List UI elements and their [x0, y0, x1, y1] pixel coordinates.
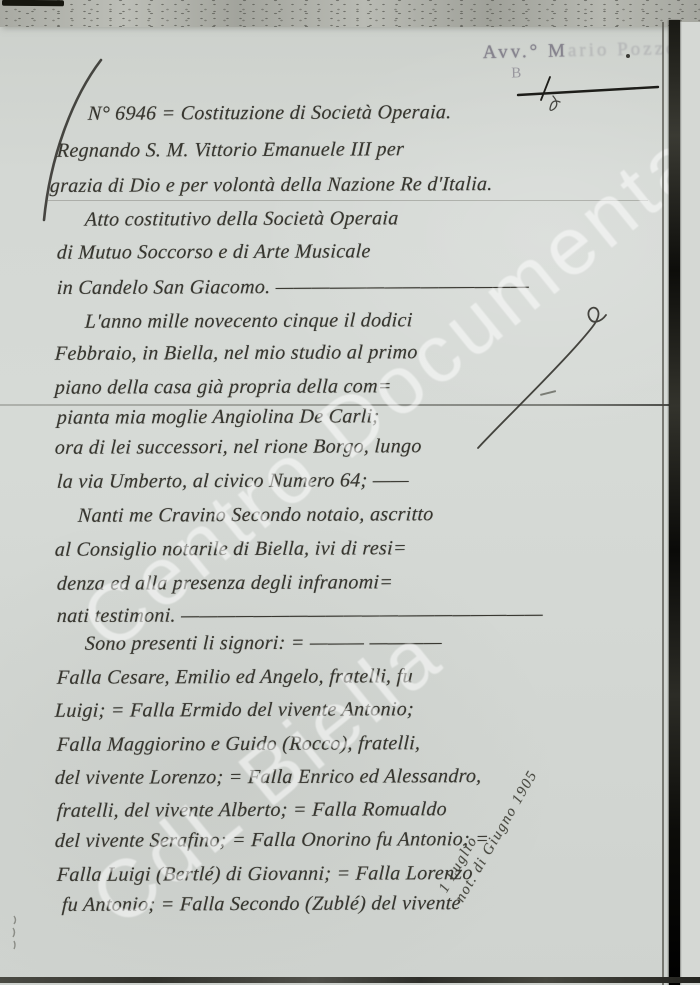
scan-noise-band — [0, 0, 700, 27]
manuscript-line: di Mutuo Soccorso e di Arte Musicale — [56, 238, 371, 265]
manuscript-line: fu Antonio; = Falla Secondo (Zublé) del … — [61, 890, 461, 918]
manuscript-line: la via Umberto, al civico Numero 64; —— — [56, 467, 409, 495]
manuscript-line: N° 6946 = Costituzione di Società Operai… — [87, 99, 452, 127]
ink-dot — [626, 54, 630, 58]
manuscript-line: Febbraio, in Biella, nel mio studio al p… — [54, 339, 418, 367]
manuscript-line: Falla Cesare, Emilio ed Angelo, fratelli… — [56, 663, 413, 691]
manuscript-line: Luigi; = Falla Ermido del vivente Antoni… — [54, 696, 414, 724]
manuscript-line: Atto costitutivo della Società Operaia — [84, 205, 399, 232]
manuscript-line: ora di lei successori, nel rione Borgo, … — [54, 433, 422, 461]
stamp-strike-line — [518, 87, 658, 95]
stamp-initial: B — [511, 62, 683, 83]
edge-artifact — [8, 914, 22, 954]
scan-corner-mark — [2, 0, 64, 6]
manuscript-line: denza ed alla presenza degli infranomi= — [56, 569, 393, 596]
right-paper-strip — [680, 22, 700, 985]
manuscript-line: Sono presenti li signori: = ——— ———— — [84, 629, 442, 657]
manuscript-line: del vivente Serafino; = Falla Onorino fu… — [54, 826, 489, 854]
manuscript-line: L'anno mille novecento cinque il dodici — [84, 307, 413, 334]
scan-edge-line — [669, 20, 680, 985]
manuscript-line: Falla Maggiorino e Guido (Rocco), fratel… — [56, 730, 421, 758]
pen-tick — [540, 390, 556, 395]
manuscript-line: fratelli, del vivente Alberto; = Falla R… — [56, 796, 447, 824]
scanned-document-page: Avv.° Mario Pozzo B N° 6946 = Costituzio… — [0, 0, 700, 985]
lawyer-stamp: Avv.° Mario Pozzo B — [483, 38, 684, 83]
manuscript-line: piano della casa già propria della com= — [54, 373, 392, 400]
crease-line-upper — [48, 200, 648, 201]
scan-edge-line-thin — [662, 22, 664, 985]
manuscript-line: Nanti me Cravino Secondo notaio, ascritt… — [77, 501, 434, 529]
manuscript-line: del vivente Lorenzo; = Falla Enrico ed A… — [54, 763, 482, 791]
manuscript-line: Falla Luigi (Bertlé) di Giovanni; = Fall… — [56, 860, 473, 888]
bottom-edge-line — [0, 977, 700, 983]
manuscript-line: pianta mia moglie Angiolina De Carli; — [56, 403, 380, 430]
manuscript-line: Regnando S. M. Vittorio Emanuele III per — [56, 136, 404, 164]
stamp-name-line: Avv.° Mario Pozzo — [483, 38, 683, 64]
manuscript-line: grazia di Dio e per volontà della Nazion… — [49, 171, 493, 199]
curve-loop-flourish — [478, 308, 606, 448]
manuscript-line: in Candelo San Giacomo. —————————————— — [56, 273, 529, 301]
manuscript-line: nati testimoni. ———————————————————— — [56, 601, 543, 629]
stamp-squiggle — [550, 96, 560, 110]
manuscript-line: al Consiglio notarile di Biella, ivi di … — [54, 535, 407, 563]
